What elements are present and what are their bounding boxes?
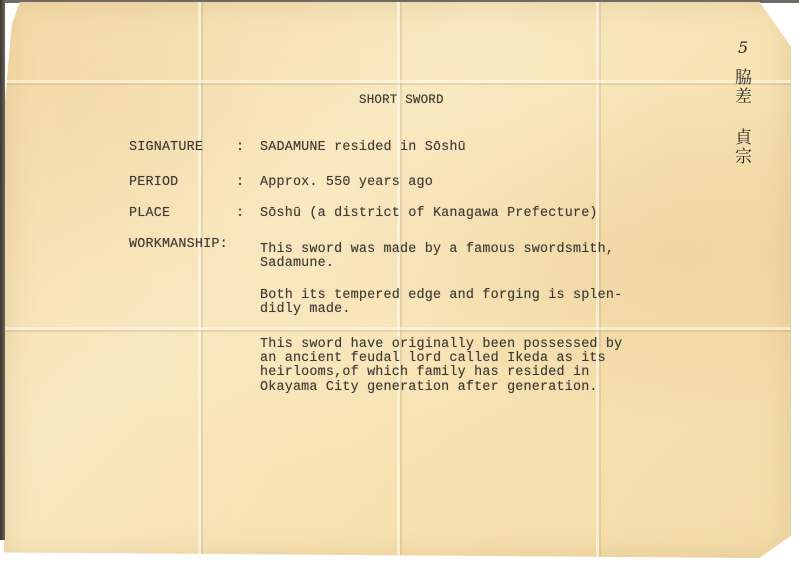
paragraph-2-line-1: This sword have originally been possesse… [260, 338, 622, 352]
document-title: SHORT SWORD [359, 93, 444, 107]
field-value-signature: SADAMUNE resided in Sōshū [260, 141, 466, 155]
field-label-place: PLACE [129, 207, 170, 221]
paper-sheet [4, 2, 791, 558]
field-value-period: Approx. 550 years ago [260, 176, 433, 190]
field-value-place: Sōshū (a district of Kanagawa Prefecture… [260, 207, 598, 221]
paragraph-2-line-2: an ancient feudal lord called Ikeda as i… [260, 352, 606, 366]
field-separator: : [236, 207, 244, 221]
fold-crease [4, 330, 791, 332]
field-separator: : [236, 141, 244, 155]
scanned-document: SHORT SWORD SIGNATURE : SADAMUNE resided… [0, 0, 799, 574]
field-value-workmanship-line-2: Sadamune. [260, 257, 334, 271]
scan-edge-left [0, 0, 5, 540]
fold-crease [599, 2, 601, 558]
field-separator: : [236, 176, 244, 190]
fold-crease [400, 2, 402, 558]
fold-crease [4, 83, 791, 85]
paragraph-2-line-3: heirlooms,of which family has resided in [260, 366, 589, 380]
handwritten-number: 5 [738, 38, 748, 57]
paragraph-1-line-2: didly made. [260, 303, 351, 317]
field-label-period: PERIOD [129, 176, 178, 190]
field-label-workmanship: WORKMANSHIP: [129, 238, 228, 252]
field-label-signature: SIGNATURE [129, 141, 203, 155]
field-value-workmanship-line-1: This sword was made by a famous swordsmi… [260, 243, 614, 257]
paragraph-2-line-4: Okayama City generation after generation… [260, 381, 598, 395]
paragraph-1-line-1: Both its tempered edge and forging is sp… [260, 289, 622, 303]
handwritten-kanji-annotation: 脇差 貞宗 [731, 68, 750, 166]
fold-crease [201, 2, 203, 558]
